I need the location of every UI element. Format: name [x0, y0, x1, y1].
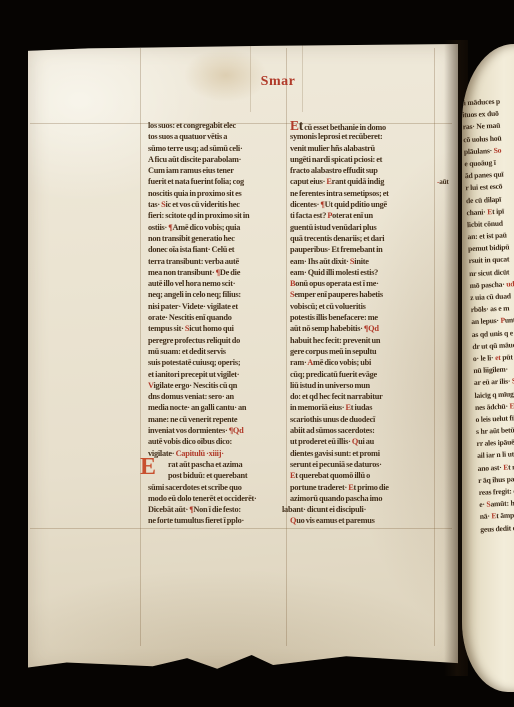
ink-text: ostiis· — [148, 223, 168, 232]
ink-text: o leis uelut fīr — [475, 413, 514, 424]
ink-text: fieri: scitote qd in proximo sit in — [148, 211, 249, 220]
text-line: dientes gavisi sunt: et promi — [290, 448, 442, 459]
ink-text: ne forte tumultus fieret ī pplo· — [148, 516, 244, 525]
facing-text-line: geus dedit eis· Et — [480, 521, 514, 535]
ink-text: dicentes· — [290, 200, 320, 209]
text-line: inveniat vos dormientes· ¶Qd — [148, 425, 288, 436]
ink-text: dns domus veniat: sero· an — [148, 392, 234, 401]
ink-text: t querebat quomō illū o — [295, 471, 370, 480]
ink-text: symonis leprosi et recūberet: — [290, 132, 383, 141]
ink-text: s hr aūt betū — [476, 425, 514, 436]
ink-text: icut homo qui — [189, 324, 233, 333]
text-line: caput eius· Erant quidā indig — [290, 176, 442, 187]
text-line: serunt ei pecuniā se daturos· — [290, 459, 442, 470]
ink-text: ituos ex duō — [462, 109, 499, 120]
ink-text: noscitis quia in proximo sit es — [148, 189, 242, 198]
ink-text: ungēti nardi spicati pciosi: et — [290, 155, 382, 164]
book-photo: Smar los suos: et congregabit electos su… — [0, 0, 514, 707]
text-line: venit mulier hñs alabastrū — [290, 143, 442, 154]
ink-text: Ut quid pditio ungē — [325, 200, 387, 209]
ink-text: laicīg q mīug — [474, 389, 514, 400]
text-line: pauperibus· Et fremebant in — [290, 244, 442, 255]
ink-text: rant quidā indig — [332, 177, 384, 186]
ink-text: nisi pater· Videte· vigilate et — [148, 302, 238, 311]
text-line: ungēti nardi spicati pciosi: et — [290, 154, 442, 165]
ink-text: vobiscū; et cū volueritis — [290, 302, 366, 311]
ink-text: ar eū ar ilis· — [474, 377, 512, 388]
ink-text: Non ī die festo: — [193, 505, 240, 514]
text-line: azimorū quando pascha imo — [290, 493, 442, 504]
text-line: terra transibunt: verba autē — [148, 256, 288, 267]
ink-text: mō pascha· — [469, 279, 506, 290]
facing-text-column: ū māduces pituos ex duōras· Ne maūcō uol… — [462, 95, 514, 536]
text-line: Quo vis eamus et paremus — [290, 515, 442, 526]
ink-text: pūt — [500, 352, 512, 362]
ink-text: t ipī — [492, 206, 504, 216]
ink-text: ti facta est? — [290, 211, 327, 220]
running-title: Smar — [223, 74, 333, 90]
ink-text: ras· Ne maū — [463, 121, 501, 132]
ink-text: oterat enī un — [332, 211, 373, 220]
ink-text: cūq; predicatū fuerit evāge — [290, 370, 377, 379]
rubricated-text: ¶Qd — [229, 426, 244, 435]
text-line: media nocte· an galli cantu· an — [148, 402, 288, 413]
text-line: gere corpus meū in sepultu — [290, 346, 442, 357]
ink-text: ail iar n li utā — [477, 450, 514, 461]
text-line: tempus sit· Sicut homo qui — [148, 323, 288, 334]
ink-text: venit mulier hñs alabastrū — [290, 144, 375, 153]
ink-text: plāulans· — [464, 146, 494, 156]
text-line: sūmi sacerdotes et scribe quo — [148, 482, 288, 493]
chapter-initial: E — [140, 456, 156, 478]
ink-text: portune traderet· — [290, 483, 348, 492]
ink-text: rsuit in qucat — [468, 255, 509, 266]
ink-text: rat aūt pascha et azima — [168, 460, 242, 469]
text-line: neq; angeli in celo neq; filius: — [148, 289, 288, 300]
ink-text: inveniat vos dormientes· — [148, 426, 229, 435]
ink-text: z uia cū duad — [470, 291, 511, 302]
ink-text: habuit hec fecit: prevenit un — [290, 336, 380, 345]
ink-text: terra transibunt: verba autē — [148, 257, 239, 266]
text-line: aūt nō semp habebitis· ¶Qd — [290, 323, 442, 334]
ink-text: do: et qd hec fecit narrabitur — [290, 392, 383, 401]
ink-text: emper enī pauperes habetis — [294, 290, 382, 299]
ink-text: ui au — [358, 437, 374, 446]
ink-text: De die — [220, 268, 240, 277]
text-line: vobiscū; et cū volueritis — [290, 301, 442, 312]
ink-text: orate· Nescitis enī quando — [148, 313, 232, 322]
text-line: potestis illis benefacere: me — [290, 312, 442, 323]
ink-text: neq; angeli in celo neq; filius: — [148, 290, 241, 299]
ink-text: fracto alabastro effudit sup — [290, 166, 378, 175]
ink-text: abiit ad sūmos sacerdotes: — [290, 426, 375, 435]
ink-text: aūt nō semp habebitis· — [290, 324, 364, 333]
ink-text: tempus sit· — [148, 324, 185, 333]
ink-text: azimorū quando pascha imo — [290, 494, 382, 503]
ink-text: dr ut qū māud — [472, 340, 514, 351]
ink-text: t māb — [508, 462, 514, 472]
ruling-line — [140, 48, 141, 646]
ink-text: sūmo terre usq; ad sūmū celi· — [148, 144, 242, 153]
text-line: non transibit generatio hec — [148, 233, 288, 244]
text-line: post biduū: et querebant — [168, 470, 288, 481]
ink-text: amūt: hor d — [490, 498, 514, 509]
ink-text: onū opus operata est ī me· — [295, 279, 378, 288]
facing-text-line: o· le li· et pūt — [473, 351, 514, 365]
text-line: noscitis quia in proximo sit es — [148, 188, 288, 199]
text-line: Cum iam ramus eius tener — [148, 165, 288, 176]
facing-page: ū māduces pituos ex duōras· Ne maūcō uol… — [462, 44, 514, 692]
text-line: in memoriā eius· Et iudas — [290, 402, 442, 413]
text-line: modo eū dolo tenerēt et occiderēt· — [148, 493, 288, 504]
text-line: A ficu aūt discite parabolam· — [148, 154, 288, 165]
text-line: suis potestatē cuiusq; operis; — [148, 357, 288, 368]
text-line: ut proderet eū illis· Qui au — [290, 436, 442, 447]
text-line: fieri: scitote qd in proximo sit in — [148, 210, 288, 221]
text-line: Semper enī pauperes habetis — [290, 289, 442, 300]
text-line: Bonū opus operata est ī me· — [290, 278, 442, 289]
text-line: autē illo vel hora nemo scit· — [148, 278, 288, 289]
ink-text: chani· — [466, 207, 487, 217]
ink-text: A ficu aūt discite parabolam· — [148, 155, 241, 164]
ink-text: et ianitori precepit ut vigilet· — [148, 370, 239, 379]
text-line: portune traderet· Et primo die — [290, 482, 442, 493]
ink-text: potestis illis benefacere: me — [290, 313, 378, 322]
text-line: Vigilate ergo· Nescitis cū qn — [148, 380, 288, 391]
text-line: los suos: et congregabit elec — [148, 120, 288, 131]
ink-text: rr ales ipāuē — [476, 438, 514, 449]
ink-text: scariothis unus de duodecī — [290, 415, 375, 424]
ink-text: an lepus· — [471, 316, 501, 326]
text-line: dicentes· ¶Ut quid pditio ungē — [290, 199, 442, 210]
ink-text: ād panes quī — [465, 170, 504, 181]
text-line: mea non transibunt· ¶De die — [148, 267, 288, 278]
ink-text: fuerit et nata fuerint folia; cog — [148, 177, 244, 186]
text-column-right: Et cū esset bethanie in domosymonis lepr… — [290, 120, 442, 527]
ink-text: donec oīa ista fiant· Celū et — [148, 245, 234, 254]
rubricated-text: Er — [509, 401, 514, 410]
ink-text: r āq ihus pam — [478, 474, 514, 485]
ink-text: an: et ist paū — [467, 231, 507, 242]
text-line: eam· Ihs aūt dixit· Sinite — [290, 256, 442, 267]
ink-text: eam· Quid illi molesti estis? — [290, 268, 378, 277]
ink-text: los suos: et congregabit elec — [148, 121, 236, 130]
facing-text-line: ar eū ar ilis· S — [474, 375, 514, 389]
text-line: labant· dicunt ei discipuli· — [282, 504, 442, 515]
text-line: guentū istud venūdari plus — [290, 222, 442, 233]
ink-text: uo vis eamus et paremus — [296, 516, 374, 525]
ink-text: ram· — [290, 358, 307, 367]
ink-text: Dicebāt aūt· — [148, 505, 189, 514]
text-line: mane: ne cū venerit repente — [148, 414, 288, 425]
text-line: ne forte tumultus fieret ī pplo· — [148, 515, 288, 526]
ink-text: cō uolus hoū — [463, 133, 501, 144]
text-line: orate· Nescitis enī quando — [148, 312, 288, 323]
text-line: tas· Sic et vos cū videritis hec — [148, 199, 288, 210]
text-line: ram· Amē dico vobis; ubi — [290, 357, 442, 368]
text-line: ne ferentes intra semetipsos; et — [290, 188, 442, 199]
ink-text: reas fregit: e d — [479, 486, 514, 497]
ink-text: nā· — [480, 512, 492, 521]
text-line: symonis leprosi et recūberet: — [290, 131, 442, 142]
text-line: tos suos a quatuor vētis a — [148, 131, 288, 142]
text-line: sūmo terre usq; ad sūmū celi· — [148, 143, 288, 154]
ink-text: post biduū: et querebant — [168, 471, 247, 480]
ink-text: t āmpia — [496, 511, 514, 521]
ink-text: quā trecentis denariis; et dari — [290, 234, 384, 243]
text-line: Dicebāt aūt· ¶Non ī die festo: — [148, 504, 288, 515]
text-line: fracto alabastro effudit sup — [290, 165, 442, 176]
ink-text: suis potestatē cuiusq; operis; — [148, 358, 240, 367]
ink-text: as qd unis q e — [472, 328, 513, 339]
text-line: ostiis· ¶Amē dico vobis; quia — [148, 222, 288, 233]
ink-text: serunt ei pecuniā se daturos· — [290, 460, 382, 469]
text-line: nisi pater· Videte· vigilate et — [148, 301, 288, 312]
ink-text: ne ferentes intra semetipsos; et — [290, 189, 389, 198]
ink-text: sūmi sacerdotes et scribe quo — [148, 483, 242, 492]
ink-text: unt — [505, 316, 514, 325]
ink-text: tos suos a quatuor vētis a — [148, 132, 227, 141]
ink-text: t iudas — [351, 403, 372, 412]
text-line: liū istud in universo mun — [290, 380, 442, 391]
facing-text-line: ail iar n li utā — [477, 448, 514, 462]
ink-text: autē vobis dico oībus dico: — [148, 437, 232, 446]
ink-text: Cum iam ramus eius tener — [148, 166, 234, 175]
text-line: eam· Quid illi molesti estis? — [290, 267, 442, 278]
ink-text: mē dico vobis; ubi — [313, 358, 371, 367]
text-line: do: et qd hec fecit narrabitur — [290, 391, 442, 402]
text-line: donec oīa ista fiant· Celū et — [148, 244, 288, 255]
ink-text: Amē dico vobis; quia — [172, 223, 240, 232]
rubricated-text: So — [493, 145, 501, 154]
text-line: et ianitori precepit ut vigilet· — [148, 369, 288, 380]
ink-text: media nocte· an galli cantu· an — [148, 403, 246, 412]
ink-text: labant· dicunt ei discipuli· — [282, 505, 366, 514]
ink-text: eam· Ihs aūt dixit· — [290, 257, 350, 266]
ink-text: guentū istud venūdari plus — [290, 223, 376, 232]
ink-text: dientes gavisi sunt: et promi — [290, 449, 380, 458]
ink-text: nr sicut dicūt — [469, 267, 509, 278]
ink-text: ut proderet eū illis· — [290, 437, 352, 446]
rubricated-text: ¶Qd — [364, 324, 379, 333]
text-line: ti facta est? Poterat enī un — [290, 210, 442, 221]
text-line: autē vobis dico oībus dico: — [148, 436, 288, 447]
text-line: scariothis unus de duodecī — [290, 414, 442, 425]
text-line: vigilate· Capitulū ·xiiij· — [148, 448, 288, 459]
ink-text: caput eius· — [290, 177, 326, 186]
ink-text: tas· — [148, 200, 161, 209]
ink-text: geus dedit eis· Et — [480, 522, 514, 533]
ink-text: pauperibus· Et fremebant in — [290, 245, 383, 254]
ink-text: ic et vos cū videritis hec — [166, 200, 240, 209]
text-line: rat aūt pascha et azima — [168, 459, 288, 470]
ink-text: r lui est escō — [465, 182, 502, 193]
ruling-line — [30, 528, 452, 529]
text-line: abiit ad sūmos sacerdotes: — [290, 425, 442, 436]
ink-text: inite — [354, 257, 368, 266]
ink-text: mū suam: et dedit servis — [148, 347, 226, 356]
ink-text: in memoriā eius· — [290, 403, 345, 412]
ink-text: t primo die — [354, 483, 389, 492]
ink-text: mane: ne cū venerit repente — [148, 415, 237, 424]
ink-text: nes ādchū· — [475, 401, 510, 411]
ink-text: igilate ergo· Nescitis cū qn — [153, 381, 237, 390]
text-line: mū suam: et dedit servis — [148, 346, 288, 357]
rubricated-text: Capitulū ·xiiij· — [176, 449, 224, 458]
ink-text: mea non transibunt· — [148, 268, 216, 277]
ink-text: gere corpus meū in sepultu — [290, 347, 376, 356]
text-line: habuit hec fecit: prevenit un — [290, 335, 442, 346]
ink-text: liū istud in universo mun — [290, 381, 370, 390]
ink-text: autē illo vel hora nemo scit· — [148, 279, 235, 288]
ink-text: non transibit generatio hec — [148, 234, 235, 243]
text-line: fuerit et nata fuerint folia; cog — [148, 176, 288, 187]
left-page: Smar los suos: et congregabit electos su… — [28, 44, 458, 670]
ink-text: e quoāug ī — [464, 158, 496, 168]
ink-text: peregre profectus reliquit do — [148, 336, 240, 345]
text-line: dns domus veniat: sero· an — [148, 391, 288, 402]
text-line: Et cū esset bethanie in domo — [290, 120, 442, 131]
ink-text: ano ast· — [477, 462, 503, 472]
facing-text-line: nā· Et āmpia — [480, 509, 514, 523]
ink-text: de cū dilapī — [466, 194, 502, 205]
text-line: peregre profectus reliquit do — [148, 335, 288, 346]
text-line: cūq; predicatū fuerit evāge — [290, 369, 442, 380]
ink-text: nū liigilem· — [473, 365, 508, 375]
text-line: Et querebat quomō illū o — [290, 470, 442, 481]
ink-text: modo eū dolo tenerēt et occiderēt· — [148, 494, 257, 503]
ink-text: licbit cōnud — [467, 219, 503, 230]
ink-text: pemut bidipū — [468, 243, 510, 254]
ink-text: o· le li· — [473, 353, 496, 363]
text-column-left: los suos: et congregabit electos suos a … — [148, 120, 288, 527]
ink-text: rbōls· as e m — [471, 304, 510, 315]
rubricated-text: ud — [506, 279, 514, 288]
text-line: quā trecentis denariis; et dari — [290, 233, 442, 244]
ink-text: ū māduces p — [462, 97, 500, 108]
